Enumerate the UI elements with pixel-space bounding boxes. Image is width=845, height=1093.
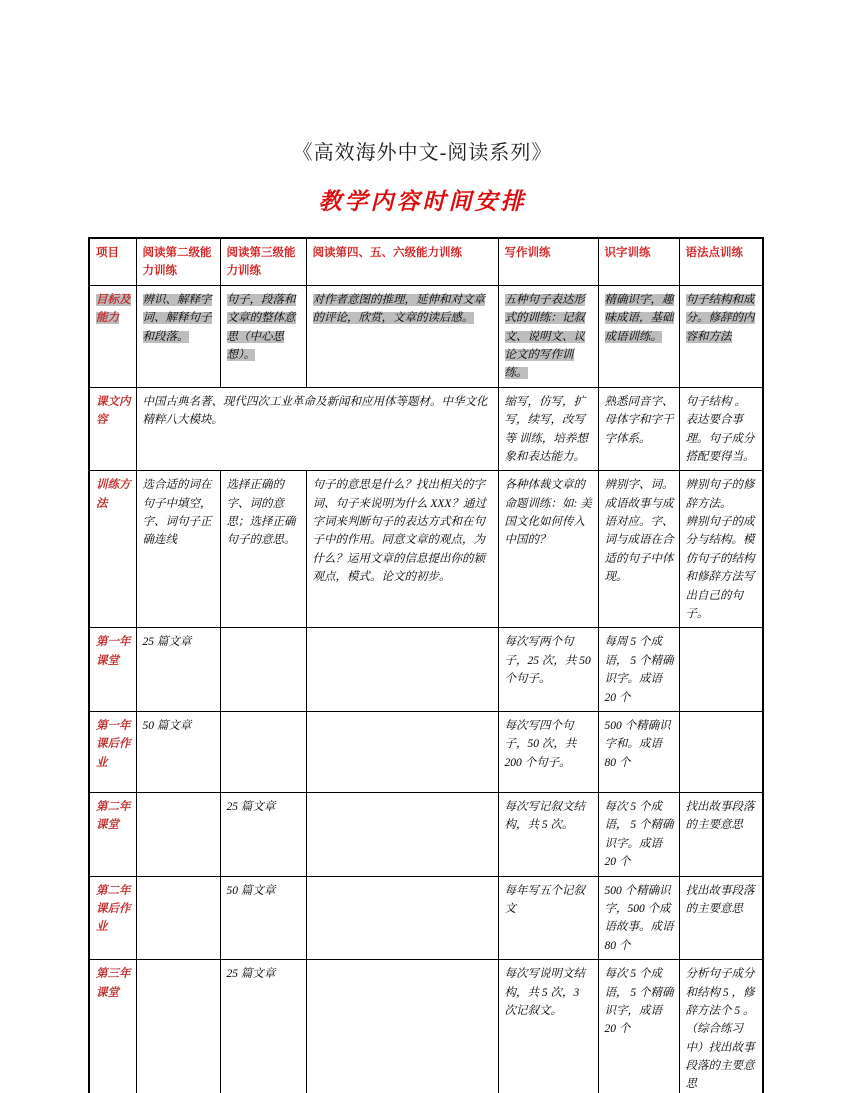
table-cell xyxy=(220,628,306,712)
column-header-reading-level456: 阅读第四、五、六级能力训练 xyxy=(306,238,498,285)
table-cell xyxy=(306,876,498,960)
table-cell xyxy=(136,960,220,1093)
table-row-goals: 目标及能力 辨识、解释字词、解释句子和段落。 句子，段落和文章的整体意思（中心思… xyxy=(89,285,763,387)
table-row-year3-class: 第三年课堂 25 篇文章 每次写说明文结构，共 5 次，3 次记叙文。 每次 5… xyxy=(89,960,763,1093)
table-cell: 500 个精确识字和。成语 80 个 xyxy=(598,711,679,792)
table-cell: 每周 5 个成语， 5 个精确识字。成语 20 个 xyxy=(598,628,679,712)
row-label-text: 目标及能力 xyxy=(96,294,131,324)
table-cell: 句子，段落和文章的整体意思（中心思想）。 xyxy=(220,285,306,387)
table-cell: 25 篇文章 xyxy=(136,628,220,712)
table-cell xyxy=(220,711,306,792)
table-cell: 每次写记叙文结构，共 5 次。 xyxy=(498,792,598,876)
table-cell: 选合适的词在句子中填空，字、词句子正确连线 xyxy=(136,471,220,628)
table-cell xyxy=(306,628,498,712)
row-label: 第一年课堂 xyxy=(89,628,136,712)
table-cell: 每次写说明文结构，共 5 次，3 次记叙文。 xyxy=(498,960,598,1093)
table-cell xyxy=(306,711,498,792)
row-label: 目标及能力 xyxy=(89,285,136,387)
table-cell: 25 篇文章 xyxy=(220,960,306,1093)
table-cell xyxy=(136,792,220,876)
table-cell: 25 篇文章 xyxy=(220,792,306,876)
column-header-literacy: 识字训练 xyxy=(598,238,679,285)
table-row-year2-class: 第二年课堂 25 篇文章 每次写记叙文结构，共 5 次。 每次 5 个成语， 5… xyxy=(89,792,763,876)
table-cell: 50 篇文章 xyxy=(136,711,220,792)
table-cell: 句子的意思是什么？找出相关的字词、句子来说明为什么 XXX？通过字词来判断句子的… xyxy=(306,471,498,628)
cell-text: 对作者意图的推理，延伸和对文章的评论，欣赏，文章的读后感。 xyxy=(313,294,486,324)
column-header-reading-level2: 阅读第二级能力训练 xyxy=(136,238,220,285)
table-cell: 每次 5 个成语， 5 个精确识字，成语 20 个 xyxy=(598,960,679,1093)
table-cell: 每次 5 个成语， 5 个精确识字。成语 20 个 xyxy=(598,792,679,876)
table-row-year2-homework: 第二年课后作业 50 篇文章 每年写五个记叙文 500 个精确识字，500 个成… xyxy=(89,876,763,960)
cell-text: 辨识、解释字词、解释句子和段落。 xyxy=(143,294,212,343)
row-label: 第一年课后作业 xyxy=(89,711,136,792)
column-header-grammar: 语法点训练 xyxy=(679,238,763,285)
doc-subtitle: 教学内容时间安排 xyxy=(0,183,845,216)
doc-title: 《高效海外中文-阅读系列》 xyxy=(0,0,845,165)
table-cell: 辨识、解释字词、解释句子和段落。 xyxy=(136,285,220,387)
cell-text: 精确识字，趣味成语，基础成语训练。 xyxy=(605,294,674,343)
table-cell: 分析句子成分和结构 5 ，修辞方法个 5 。（综合练习中）找出故事段落的主要意思 xyxy=(679,960,763,1093)
table-row-year1-homework: 第一年课后作业 50 篇文章 每次写四个句子，50 次，共 200 个句子。 5… xyxy=(89,711,763,792)
cell-text: 五种句子表达形式的训练：记叙文、说明文、议论文的写作训练。 xyxy=(505,294,586,380)
cell-text: 句子，段落和文章的整体意思（中心思想）。 xyxy=(227,294,296,361)
row-label: 第二年课堂 xyxy=(89,792,136,876)
column-header-writing: 写作训练 xyxy=(498,238,598,285)
table-cell: 缩写，仿写，扩写，续写，改写等 训练，培养想象和表达能力。 xyxy=(498,387,598,471)
table-cell: 精确识字，趣味成语，基础成语训练。 xyxy=(598,285,679,387)
table-cell: 对作者意图的推理，延伸和对文章的评论，欣赏，文章的读后感。 xyxy=(306,285,498,387)
row-label: 第二年课后作业 xyxy=(89,876,136,960)
column-header-reading-level3: 阅读第三级能力训练 xyxy=(220,238,306,285)
table-cell xyxy=(306,792,498,876)
table-row-year1-class: 第一年课堂 25 篇文章 每次写两个句子，25 次，共 50 个句子。 每周 5… xyxy=(89,628,763,712)
table-cell: 每次写两个句子，25 次，共 50 个句子。 xyxy=(498,628,598,712)
table-cell xyxy=(679,628,763,712)
document-page: 《高效海外中文-阅读系列》 教学内容时间安排 项目 阅读第二级能力训练 阅读第三… xyxy=(0,0,845,1093)
teaching-schedule-table: 项目 阅读第二级能力训练 阅读第三级能力训练 阅读第四、五、六级能力训练 写作训… xyxy=(88,237,764,1093)
table-cell: 50 篇文章 xyxy=(220,876,306,960)
row-label: 训练方法 xyxy=(89,471,136,628)
row-label: 课文内容 xyxy=(89,387,136,471)
header-row: 项目 阅读第二级能力训练 阅读第三级能力训练 阅读第四、五、六级能力训练 写作训… xyxy=(89,238,763,285)
table-cell: 五种句子表达形式的训练：记叙文、说明文、议论文的写作训练。 xyxy=(498,285,598,387)
table-cell: 每次写四个句子，50 次，共 200 个句子。 xyxy=(498,711,598,792)
table-cell: 句子结构 。表达要合事理。句子成分搭配要得当。 xyxy=(679,387,763,471)
cell-text: 句子结构和成分。修辞的内容和方法 xyxy=(686,294,755,343)
table-cell: 各种体裁文章的命题训练：如: 美国文化如何传入中国的？ xyxy=(498,471,598,628)
table-cell: 句子结构和成分。修辞的内容和方法 xyxy=(679,285,763,387)
table-row-content: 课文内容 中国古典名著、现代四次工业革命及新闻和应用体等题材。中华文化精粹八大模… xyxy=(89,387,763,471)
table-cell: 辨别字、词。成语故事与成语对应。字、词与成语在合适的句子中体现。 xyxy=(598,471,679,628)
table-cell: 辨别句子的修辞方法。 辨别句子的成分与结构。模仿句子的结构和修辞方法写出自己的句… xyxy=(679,471,763,628)
column-header-project: 项目 xyxy=(89,238,136,285)
table-cell xyxy=(306,960,498,1093)
table-cell: 熟悉同音字、母体字和字干字体系。 xyxy=(598,387,679,471)
table-cell-merged: 中国古典名著、现代四次工业革命及新闻和应用体等题材。中华文化精粹八大模块。 xyxy=(136,387,498,471)
table-cell: 找出故事段落的主要意思 xyxy=(679,876,763,960)
table-row-methods: 训练方法 选合适的词在句子中填空，字、词句子正确连线 选择正确的字、词的意思；选… xyxy=(89,471,763,628)
table-cell: 找出故事段落的主要意思 xyxy=(679,792,763,876)
table-cell: 每年写五个记叙文 xyxy=(498,876,598,960)
table-cell: 500 个精确识字，500 个成语故事。成语 80 个 xyxy=(598,876,679,960)
table-cell: 选择正确的字、词的意思；选择正确句子的意思。 xyxy=(220,471,306,628)
table-cell xyxy=(679,711,763,792)
row-label: 第三年课堂 xyxy=(89,960,136,1093)
table-cell xyxy=(136,876,220,960)
